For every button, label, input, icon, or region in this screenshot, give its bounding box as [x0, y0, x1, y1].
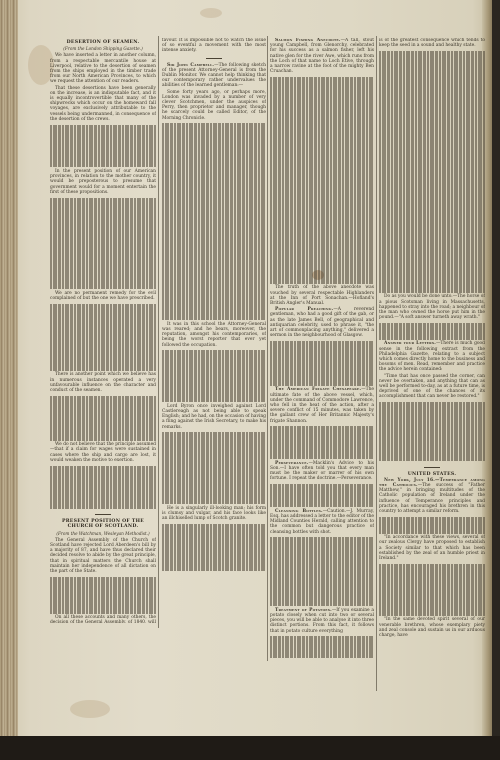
column-rule: [267, 36, 268, 661]
article-paragraph: Do as you would be done unto.—The horse …: [379, 294, 485, 320]
text-block: [270, 75, 374, 285]
text-block: [50, 302, 156, 372]
article-paragraph: —The success of "Father Matthew," in bri…: [379, 483, 485, 514]
article-paragraph: —A tall, stout young Campbell, from Glen…: [270, 38, 374, 74]
article-sir-john-campbell: Sir John Campbell.—The following sketch …: [162, 63, 266, 573]
article-paragraph: It was in this school the Attorney-Gener…: [162, 322, 266, 348]
text-block: [162, 349, 266, 404]
article-paragraph: He is a singularly ill-looking man; his …: [162, 506, 266, 522]
section-united-states: United States. New York, July 16.—Temper…: [379, 472, 485, 638]
text-block: [270, 536, 374, 608]
article-perseverance: Perseverance.—Macklin's Advice to his So…: [270, 461, 374, 509]
article-paragraph: The General Assembly of the Church of Sc…: [50, 538, 156, 574]
article-treatment-of-potatoes: Treatment of Potatoes.—If you examine a …: [270, 608, 374, 658]
text-block: [50, 123, 156, 169]
column-rule: [158, 36, 159, 628]
article-paragraph: —There is much good sense in the followi…: [379, 341, 485, 372]
text-block: [162, 431, 266, 506]
text-block: [162, 522, 266, 572]
article-paragraph: —A reverend gentleman, who had a good gi…: [270, 307, 374, 338]
article-paragraph: is of the greatest consequence which ten…: [379, 38, 485, 48]
article-paragraph: The truth of the above anecdote was vouc…: [270, 285, 374, 306]
text-block: [270, 483, 374, 509]
text-block: [379, 401, 485, 463]
article-paragraph: Some forty years ago, or perhaps more, L…: [162, 90, 266, 121]
separator-rule: [206, 58, 222, 59]
scan-background: [0, 736, 500, 760]
text-block: [270, 339, 374, 387]
text-block: [50, 394, 156, 442]
text-block: [270, 635, 374, 658]
article-answer-your-letters: Answer your Letters.—There is much good …: [379, 341, 485, 462]
article-source: (From the Watchman, Wesleyan Methodist.): [50, 531, 156, 536]
article-paragraph: There is another point which we believe …: [50, 372, 156, 393]
text-block: [50, 575, 156, 615]
book-binding-edge: [0, 0, 18, 736]
separator-rule: [424, 467, 440, 468]
article-desertion-of-seamen: Desertion of Seamen. (From the London Sh…: [50, 40, 156, 510]
article-cleansing-bottles: Cleansing Bottles.—Caution.—J. Murray, E…: [270, 509, 374, 608]
article-paragraph: We are no permanent remedy for the evil …: [50, 291, 156, 301]
separator-rule: [95, 514, 111, 515]
article-headline: Present Position of the Church of Scotla…: [50, 519, 156, 529]
article-paragraph: —The ultimate fate of the above vessel, …: [270, 387, 374, 423]
article-paragraph: That these desertions have been generall…: [50, 86, 156, 122]
text-block: [50, 196, 156, 291]
article-paragraph: Lord Byron once inveighed against Lord C…: [162, 404, 266, 430]
text-block: [379, 562, 485, 617]
text-block: [270, 425, 374, 461]
article-popular-preaching: Popular Preaching.—A reverend gentleman,…: [270, 307, 374, 387]
newspaper-page: Desertion of Seamen. (From the London Sh…: [0, 0, 492, 736]
article-paragraph: In the present position of our American …: [50, 169, 156, 195]
column-1: Desertion of Seamen. (From the London Sh…: [50, 38, 156, 623]
article-salmon-fishing: Salmon Fishing Anecdote.—A tall, stout y…: [270, 38, 374, 306]
column-4: is of the greatest consequence which ten…: [379, 38, 485, 688]
article-church-of-scotland: Present Position of the Church of Scotla…: [50, 519, 156, 623]
section-headline: United States.: [379, 472, 485, 477]
column-2: favour. It is impossible not to watch th…: [162, 38, 266, 628]
text-block: [50, 464, 156, 510]
paper-stain: [200, 8, 222, 18]
text-block: [379, 515, 485, 535]
article-paragraph: "In accordance with these views, several…: [379, 535, 485, 561]
article-paragraph: "Time that has once passed the corner, c…: [379, 374, 485, 400]
article-paragraph: "In the same devoted spirit several of o…: [379, 617, 485, 638]
article-frigate-chesapeake: The American Frigate Chesapeake.—The ult…: [270, 387, 374, 460]
text-block: [162, 122, 266, 322]
article-paragraph: We do not believe that the principle ass…: [50, 442, 156, 463]
article-headline: Desertion of Seamen.: [50, 40, 156, 45]
text-block: [379, 321, 485, 341]
paper-stain: [70, 700, 110, 718]
article-paragraph: On all these accounts and many others, t…: [50, 615, 156, 623]
article-paragraph: We have inserted a letter in another col…: [50, 53, 156, 84]
text-block: [379, 49, 485, 294]
article-paragraph: favour. It is impossible not to watch th…: [162, 38, 266, 54]
article-source: (From the London Shipping Gazette.): [50, 46, 156, 51]
column-rule: [376, 36, 377, 691]
column-3: Salmon Fishing Anecdote.—A tall, stout y…: [270, 38, 374, 658]
